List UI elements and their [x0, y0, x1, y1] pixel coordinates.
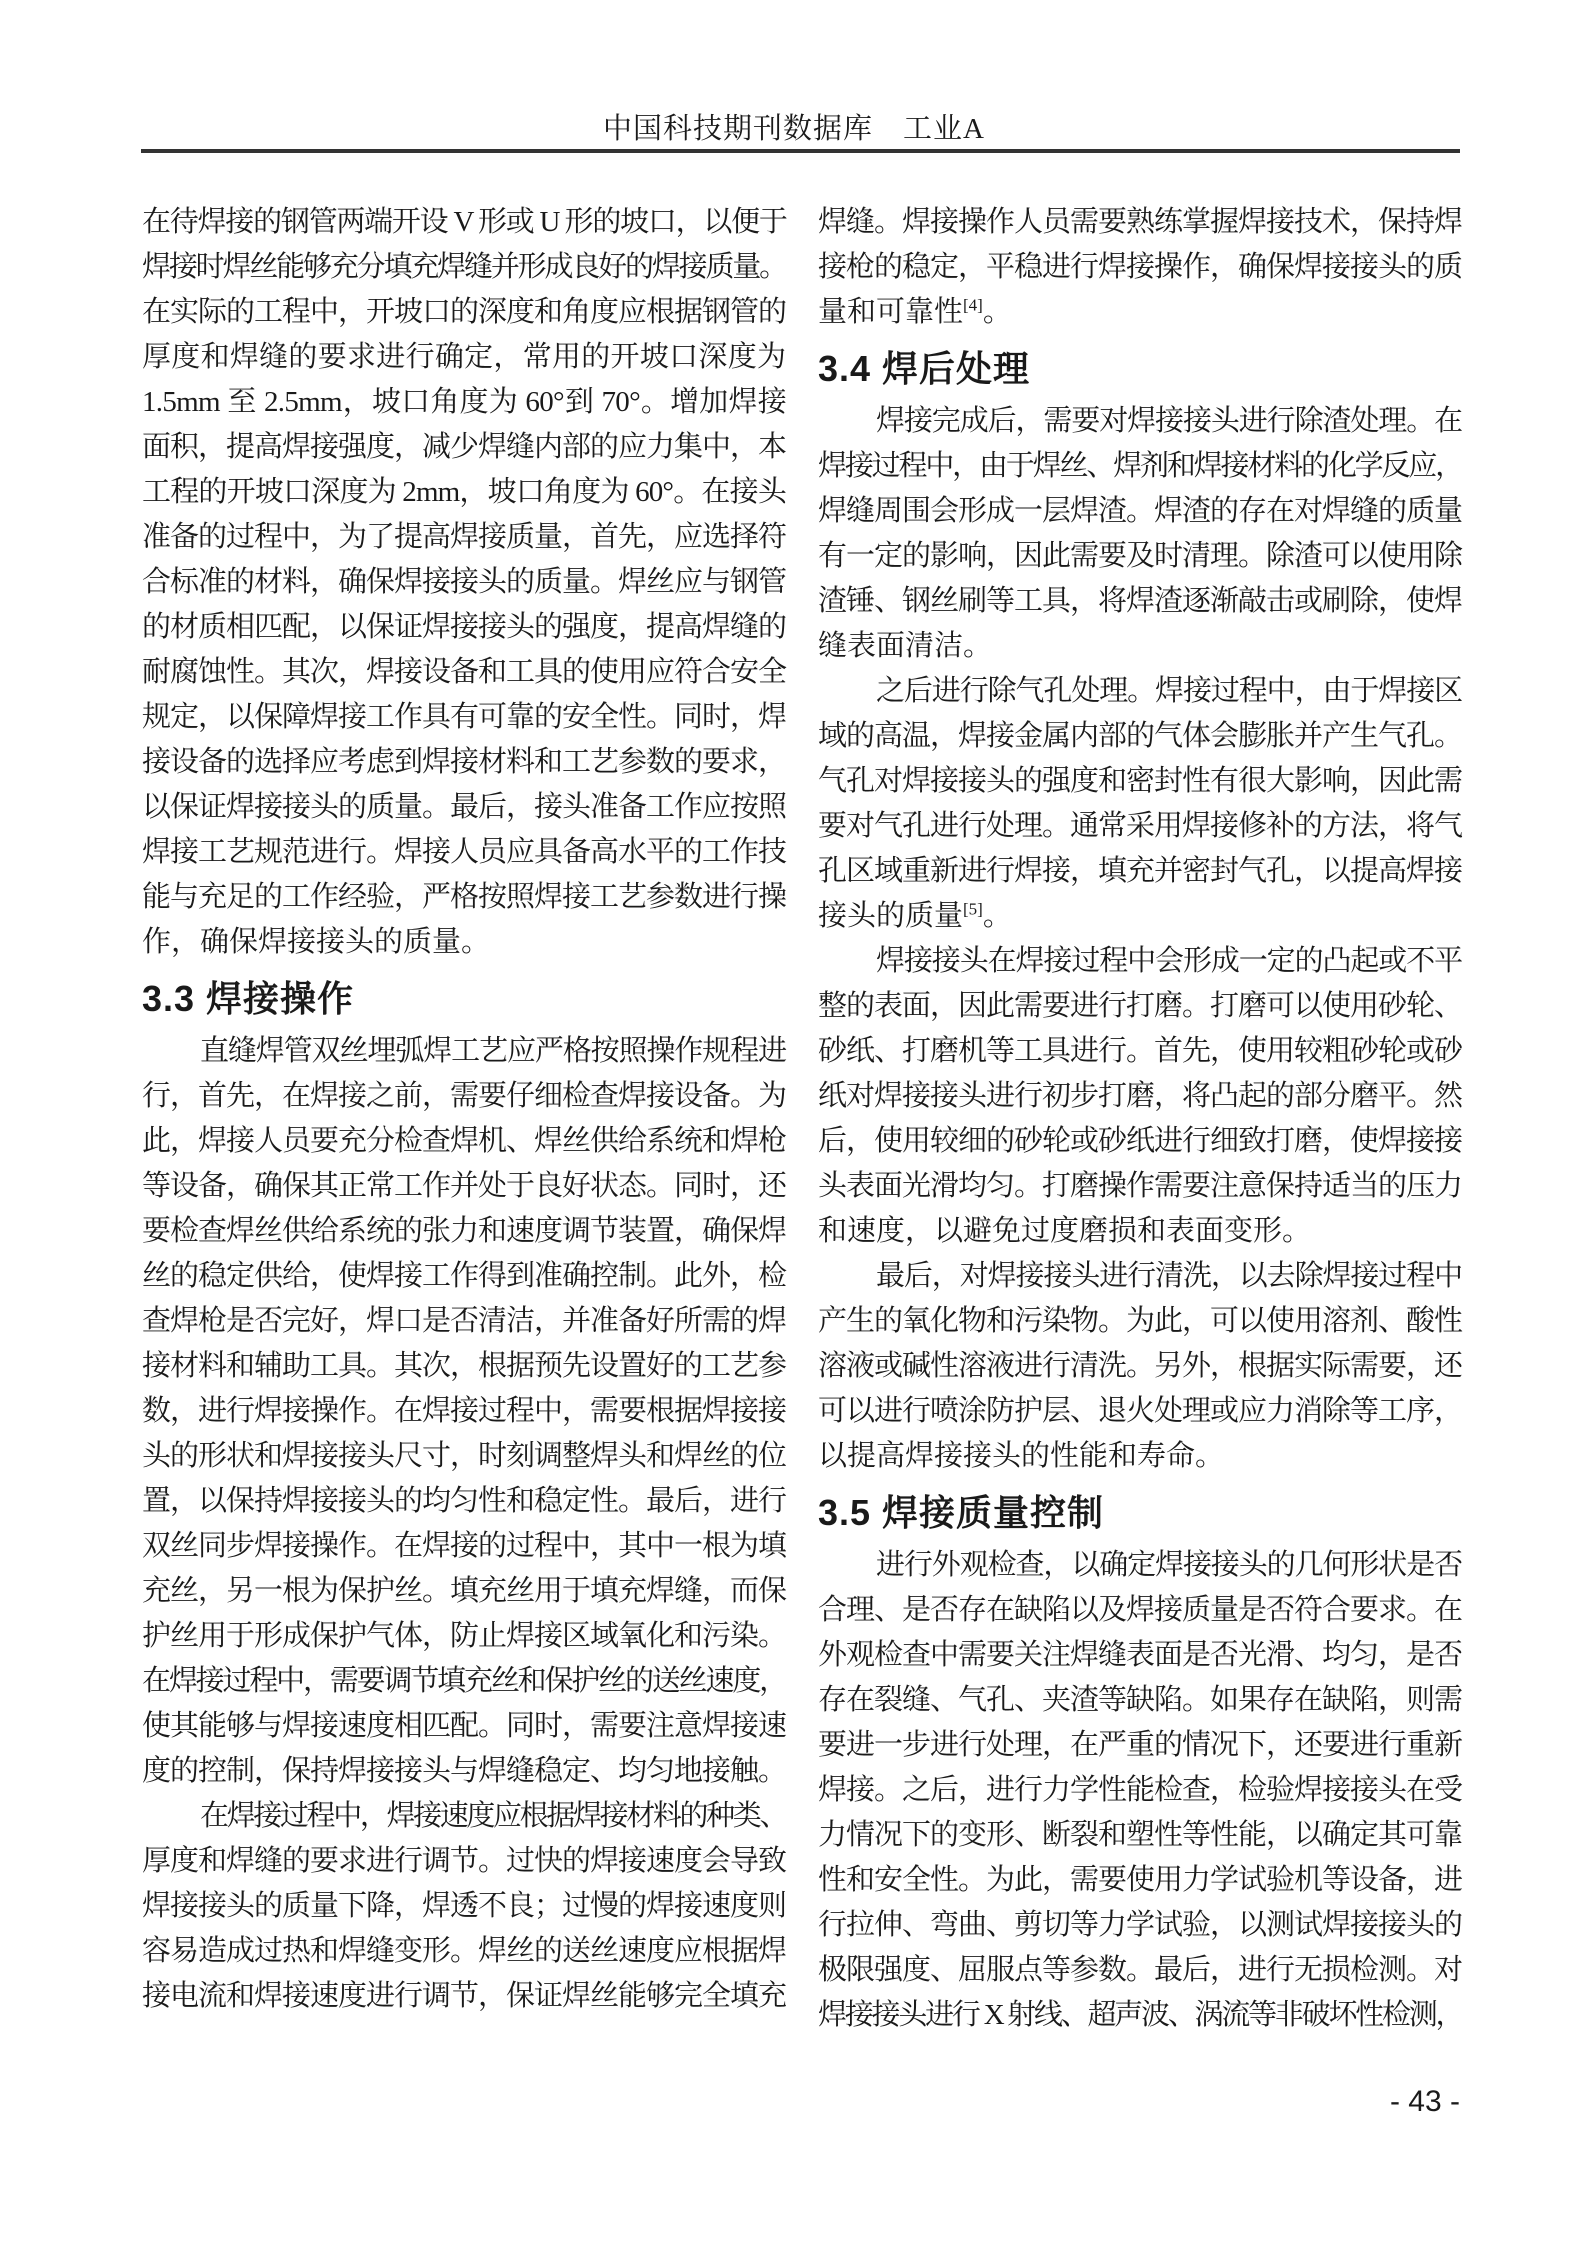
text-line: 溶液或碱性溶液进行清洗。另外，根据实际需要，还 — [818, 1344, 1462, 1389]
text-line: 气孔对焊接接头的强度和密封性有很大影响，因此需 — [818, 759, 1462, 804]
text-line: 置，以保持焊接接头的均匀性和稳定性。最后，进行 — [142, 1479, 786, 1524]
text-line: 进行外观检查，以确定焊接接头的几何形状是否 — [818, 1543, 1462, 1588]
text-line: 的材质相匹配，以保证焊接接头的强度，提高焊缝的 — [142, 605, 786, 650]
text-line: 力情况下的变形、断裂和塑性等性能，以确定其可靠 — [818, 1813, 1462, 1858]
text-line: 等设备，确保其正常工作并处于良好状态。同时，还 — [142, 1164, 786, 1209]
citation-superscript: [5] — [963, 899, 983, 918]
text-line: 作，确保焊接接头的质量。 — [142, 920, 786, 965]
text-line: 之后进行除气孔处理。焊接过程中，由于焊接区 — [818, 669, 1462, 714]
text-line: 工程的开坡口深度为 2mm，坡口角度为 60°。在接头 — [142, 470, 786, 515]
text-line: 1.5mm 至 2.5mm，坡口角度为 60°到 70°。增加焊接 — [142, 380, 786, 425]
text-line: 耐腐蚀性。其次，焊接设备和工具的使用应符合安全 — [142, 650, 786, 695]
citation-superscript: [4] — [963, 295, 983, 314]
text-line: 外观检查中需要关注焊缝表面是否光滑、均匀，是否 — [818, 1633, 1462, 1678]
text-line: 丝的稳定供给，使焊接工作得到准确控制。此外，检 — [142, 1254, 786, 1299]
text-line: 规定，以保障焊接工作具有可靠的安全性。同时，焊 — [142, 695, 786, 740]
text-line: 接头的质量[5]。 — [818, 894, 1462, 939]
text-line: 行拉伸、弯曲、剪切等力学试验，以测试焊接接头的 — [818, 1903, 1462, 1948]
text-line: 整的表面，因此需要进行打磨。打磨可以使用砂轮、 — [818, 984, 1462, 1029]
text-line: 直缝焊管双丝埋弧焊工艺应严格按照操作规程进 — [142, 1029, 786, 1074]
text-line: 存在裂缝、气孔、夹渣等缺陷。如果存在缺陷，则需 — [818, 1678, 1462, 1723]
text-line: 纸对焊接接头进行初步打磨，将凸起的部分磨平。然 — [818, 1074, 1462, 1119]
column-right: 焊缝。焊接操作人员需要熟练掌握焊接技术，保持焊接枪的稳定，平稳进行焊接操作，确保… — [818, 200, 1462, 2038]
text-line: 性和安全性。为此，需要使用力学试验机等设备，进 — [818, 1858, 1462, 1903]
paragraph: 最后，对焊接接头进行清洗，以去除焊接过程中产生的氧化物和污染物。为此，可以使用溶… — [818, 1254, 1462, 1479]
text-line: 焊接工艺规范进行。焊接人员应具备高水平的工作技 — [142, 830, 786, 875]
text-line: 域的高温，焊接金属内部的气体会膨胀并产生气孔。 — [818, 714, 1462, 759]
text-line: 要检查焊丝供给系统的张力和速度调节装置，确保焊 — [142, 1209, 786, 1254]
paragraph: 在焊接过程中，焊接速度应根据焊接材料的种类、厚度和焊缝的要求进行调节。过快的焊接… — [142, 1794, 786, 2019]
text-line: 数，进行焊接操作。在焊接过程中，需要根据焊接接 — [142, 1389, 786, 1434]
text-line: 后，使用较细的砂轮或砂纸进行细致打磨，使焊接接 — [818, 1119, 1462, 1164]
column-left: 在待焊接的钢管两端开设 V 形或 U 形的坡口，以便于焊接时焊丝能够充分填充焊缝… — [142, 200, 786, 2019]
text-line: 要对气孔进行处理。通常采用焊接修补的方法，将气 — [818, 804, 1462, 849]
paragraph: 焊接接头在焊接过程中会形成一定的凸起或不平整的表面，因此需要进行打磨。打磨可以使… — [818, 939, 1462, 1254]
text-line: 以提高焊接接头的性能和寿命。 — [818, 1434, 1462, 1479]
text-line: 渣锤、钢丝刷等工具，将焊渣逐渐敲击或刷除，使焊 — [818, 579, 1462, 624]
text-line: 容易造成过热和焊缝变形。焊丝的送丝速度应根据焊 — [142, 1929, 786, 1974]
text-line: 厚度和焊缝的要求进行确定，常用的开坡口深度为 — [142, 335, 786, 380]
page-number: - 43 - — [1000, 2085, 1460, 2119]
text-line: 双丝同步焊接操作。在焊接的过程中，其中一根为填 — [142, 1524, 786, 1569]
paragraph: 进行外观检查，以确定焊接接头的几何形状是否合理、是否存在缺陷以及焊接质量是否符合… — [818, 1543, 1462, 2038]
text-line: 焊接过程中，由于焊丝、焊剂和焊接材料的化学反应， — [818, 444, 1462, 489]
text-line: 厚度和焊缝的要求进行调节。过快的焊接速度会导致 — [142, 1839, 786, 1884]
paragraph: 焊缝。焊接操作人员需要熟练掌握焊接技术，保持焊接枪的稳定，平稳进行焊接操作，确保… — [818, 200, 1462, 335]
paragraph: 焊接完成后，需要对焊接接头进行除渣处理。在焊接过程中，由于焊丝、焊剂和焊接材料的… — [818, 399, 1462, 669]
text-line: 合理、是否存在缺陷以及焊接质量是否符合要求。在 — [818, 1588, 1462, 1633]
text-line: 头的形状和焊接接头尺寸，时刻调整焊头和焊丝的位 — [142, 1434, 786, 1479]
section-heading: 3.5 焊接质量控制 — [818, 1491, 1462, 1535]
text-line: 面积，提高焊接强度，减少焊缝内部的应力集中，本 — [142, 425, 786, 470]
text-line: 焊接。之后，进行力学性能检查，检验焊接接头在受 — [818, 1768, 1462, 1813]
journal-title: 中国科技期刊数据库 工业A — [0, 106, 1588, 147]
text-line: 接设备的选择应考虑到焊接材料和工艺参数的要求， — [142, 740, 786, 785]
text-line: 要进一步进行处理，在严重的情况下，还要进行重新 — [818, 1723, 1462, 1768]
text-line: 在待焊接的钢管两端开设 V 形或 U 形的坡口，以便于 — [142, 200, 786, 245]
text-line: 度的控制，保持焊接接头与焊缝稳定、均匀地接触。 — [142, 1749, 786, 1794]
section-heading: 3.4 焊后处理 — [818, 347, 1462, 391]
text-line: 焊接接头在焊接过程中会形成一定的凸起或不平 — [818, 939, 1462, 984]
paragraph: 之后进行除气孔处理。焊接过程中，由于焊接区域的高温，焊接金属内部的气体会膨胀并产… — [818, 669, 1462, 939]
text-line: 最后，对焊接接头进行清洗，以去除焊接过程中 — [818, 1254, 1462, 1299]
text-line: 接电流和焊接速度进行调节，保证焊丝能够完全填充 — [142, 1974, 786, 2019]
text-line: 在实际的工程中，开坡口的深度和角度应根据钢管的 — [142, 290, 786, 335]
text-line: 可以进行喷涂防护层、退火处理或应力消除等工序， — [818, 1389, 1462, 1434]
text-line: 焊接完成后，需要对焊接接头进行除渣处理。在 — [818, 399, 1462, 444]
header-rule — [141, 149, 1460, 153]
text-line: 查焊枪是否完好，焊口是否清洁，并准备好所需的焊 — [142, 1299, 786, 1344]
text-line: 护丝用于形成保护气体，防止焊接区域氧化和污染。 — [142, 1614, 786, 1659]
text-line: 能与充足的工作经验，严格按照焊接工艺参数进行操 — [142, 875, 786, 920]
text-line: 充丝，另一根为保护丝。填充丝用于填充焊缝，而保 — [142, 1569, 786, 1614]
paragraph: 在待焊接的钢管两端开设 V 形或 U 形的坡口，以便于焊接时焊丝能够充分填充焊缝… — [142, 200, 786, 965]
text-line: 和速度，以避免过度磨损和表面变形。 — [818, 1209, 1462, 1254]
text-line: 以保证焊接接头的质量。最后，接头准备工作应按照 — [142, 785, 786, 830]
section-heading: 3.3 焊接操作 — [142, 977, 786, 1021]
text-line: 砂纸、打磨机等工具进行。首先，使用较粗砂轮或砂 — [818, 1029, 1462, 1074]
text-line: 焊接时焊丝能够充分填充焊缝并形成良好的焊接质量。 — [142, 245, 786, 290]
text-line: 此，焊接人员要充分检查焊机、焊丝供给系统和焊枪 — [142, 1119, 786, 1164]
text-line: 接材料和辅助工具。其次，根据预先设置好的工艺参 — [142, 1344, 786, 1389]
text-line: 头表面光滑均匀。打磨操作需要注意保持适当的压力 — [818, 1164, 1462, 1209]
text-line: 产生的氧化物和污染物。为此，可以使用溶剂、酸性 — [818, 1299, 1462, 1344]
text-line: 焊接接头的质量下降，焊透不良；过慢的焊接速度则 — [142, 1884, 786, 1929]
text-line: 准备的过程中，为了提高焊接质量，首先，应选择符 — [142, 515, 786, 560]
paragraph: 直缝焊管双丝埋弧焊工艺应严格按照操作规程进行，首先，在焊接之前，需要仔细检查焊接… — [142, 1029, 786, 1794]
text-line: 有一定的影响，因此需要及时清理。除渣可以使用除 — [818, 534, 1462, 579]
text-line: 在焊接过程中，需要调节填充丝和保护丝的送丝速度， — [142, 1659, 786, 1704]
text-line: 极限强度、屈服点等参数。最后，进行无损检测。对 — [818, 1948, 1462, 1993]
text-line: 量和可靠性[4]。 — [818, 290, 1462, 335]
text-line: 接枪的稳定，平稳进行焊接操作，确保焊接接头的质 — [818, 245, 1462, 290]
text-line: 焊缝周围会形成一层焊渣。焊渣的存在对焊缝的质量 — [818, 489, 1462, 534]
text-line: 缝表面清洁。 — [818, 624, 1462, 669]
text-line: 在焊接过程中，焊接速度应根据焊接材料的种类、 — [142, 1794, 786, 1839]
text-line: 孔区域重新进行焊接，填充并密封气孔，以提高焊接 — [818, 849, 1462, 894]
text-line: 合标准的材料，确保焊接接头的质量。焊丝应与钢管 — [142, 560, 786, 605]
text-line: 使其能够与焊接速度相匹配。同时，需要注意焊接速 — [142, 1704, 786, 1749]
text-line: 行，首先，在焊接之前，需要仔细检查焊接设备。为 — [142, 1074, 786, 1119]
text-line: 焊接接头进行 X 射线、超声波、涡流等非破坏性检测， — [818, 1993, 1462, 2038]
text-line: 焊缝。焊接操作人员需要熟练掌握焊接技术，保持焊 — [818, 200, 1462, 245]
